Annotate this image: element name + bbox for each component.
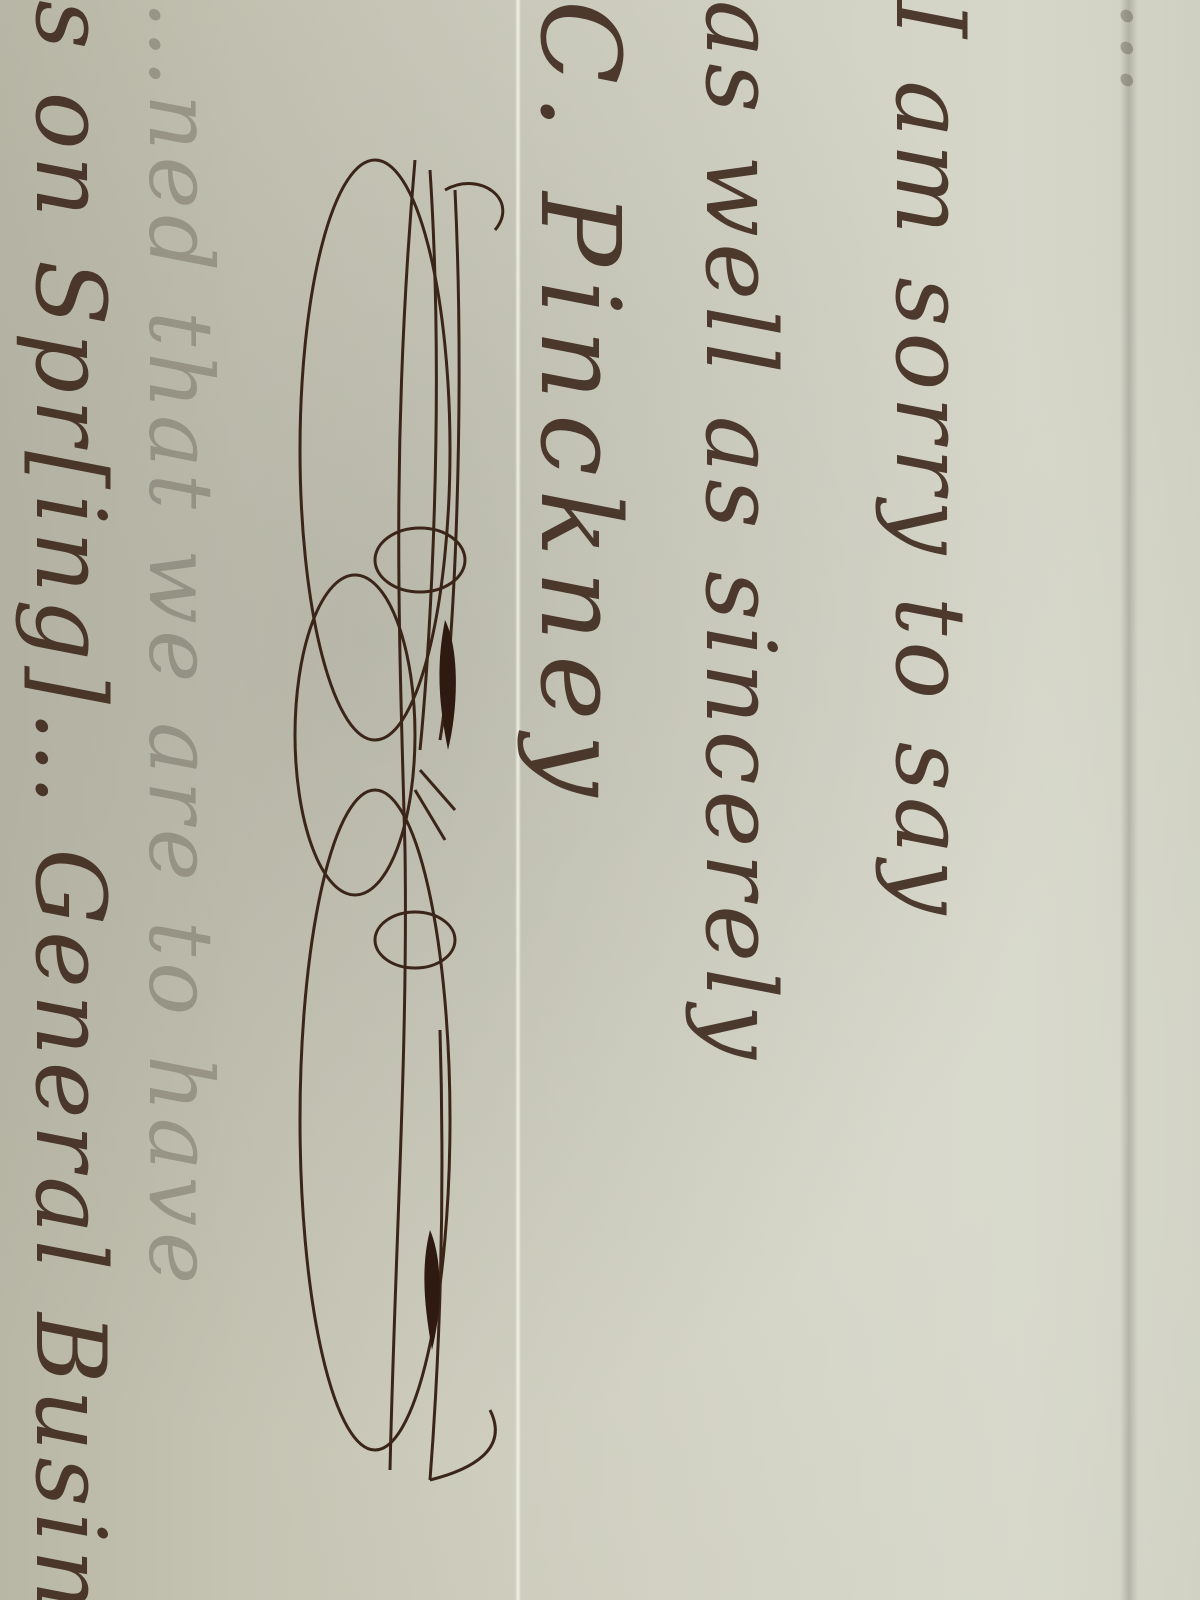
signature-flourish-icon	[280, 150, 540, 1490]
handwriting-line-6-cutoff: …	[1095, 0, 1200, 1600]
handwriting-line-2: …ned that we are to have	[120, 0, 240, 1600]
handwriting-line-4: as well as sincerely	[680, 0, 800, 1600]
handwriting-line-1: s on Spr[ing]… General Busines[s]	[10, 0, 130, 1600]
handwriting-line-5: I am sorry to say	[870, 0, 990, 1600]
